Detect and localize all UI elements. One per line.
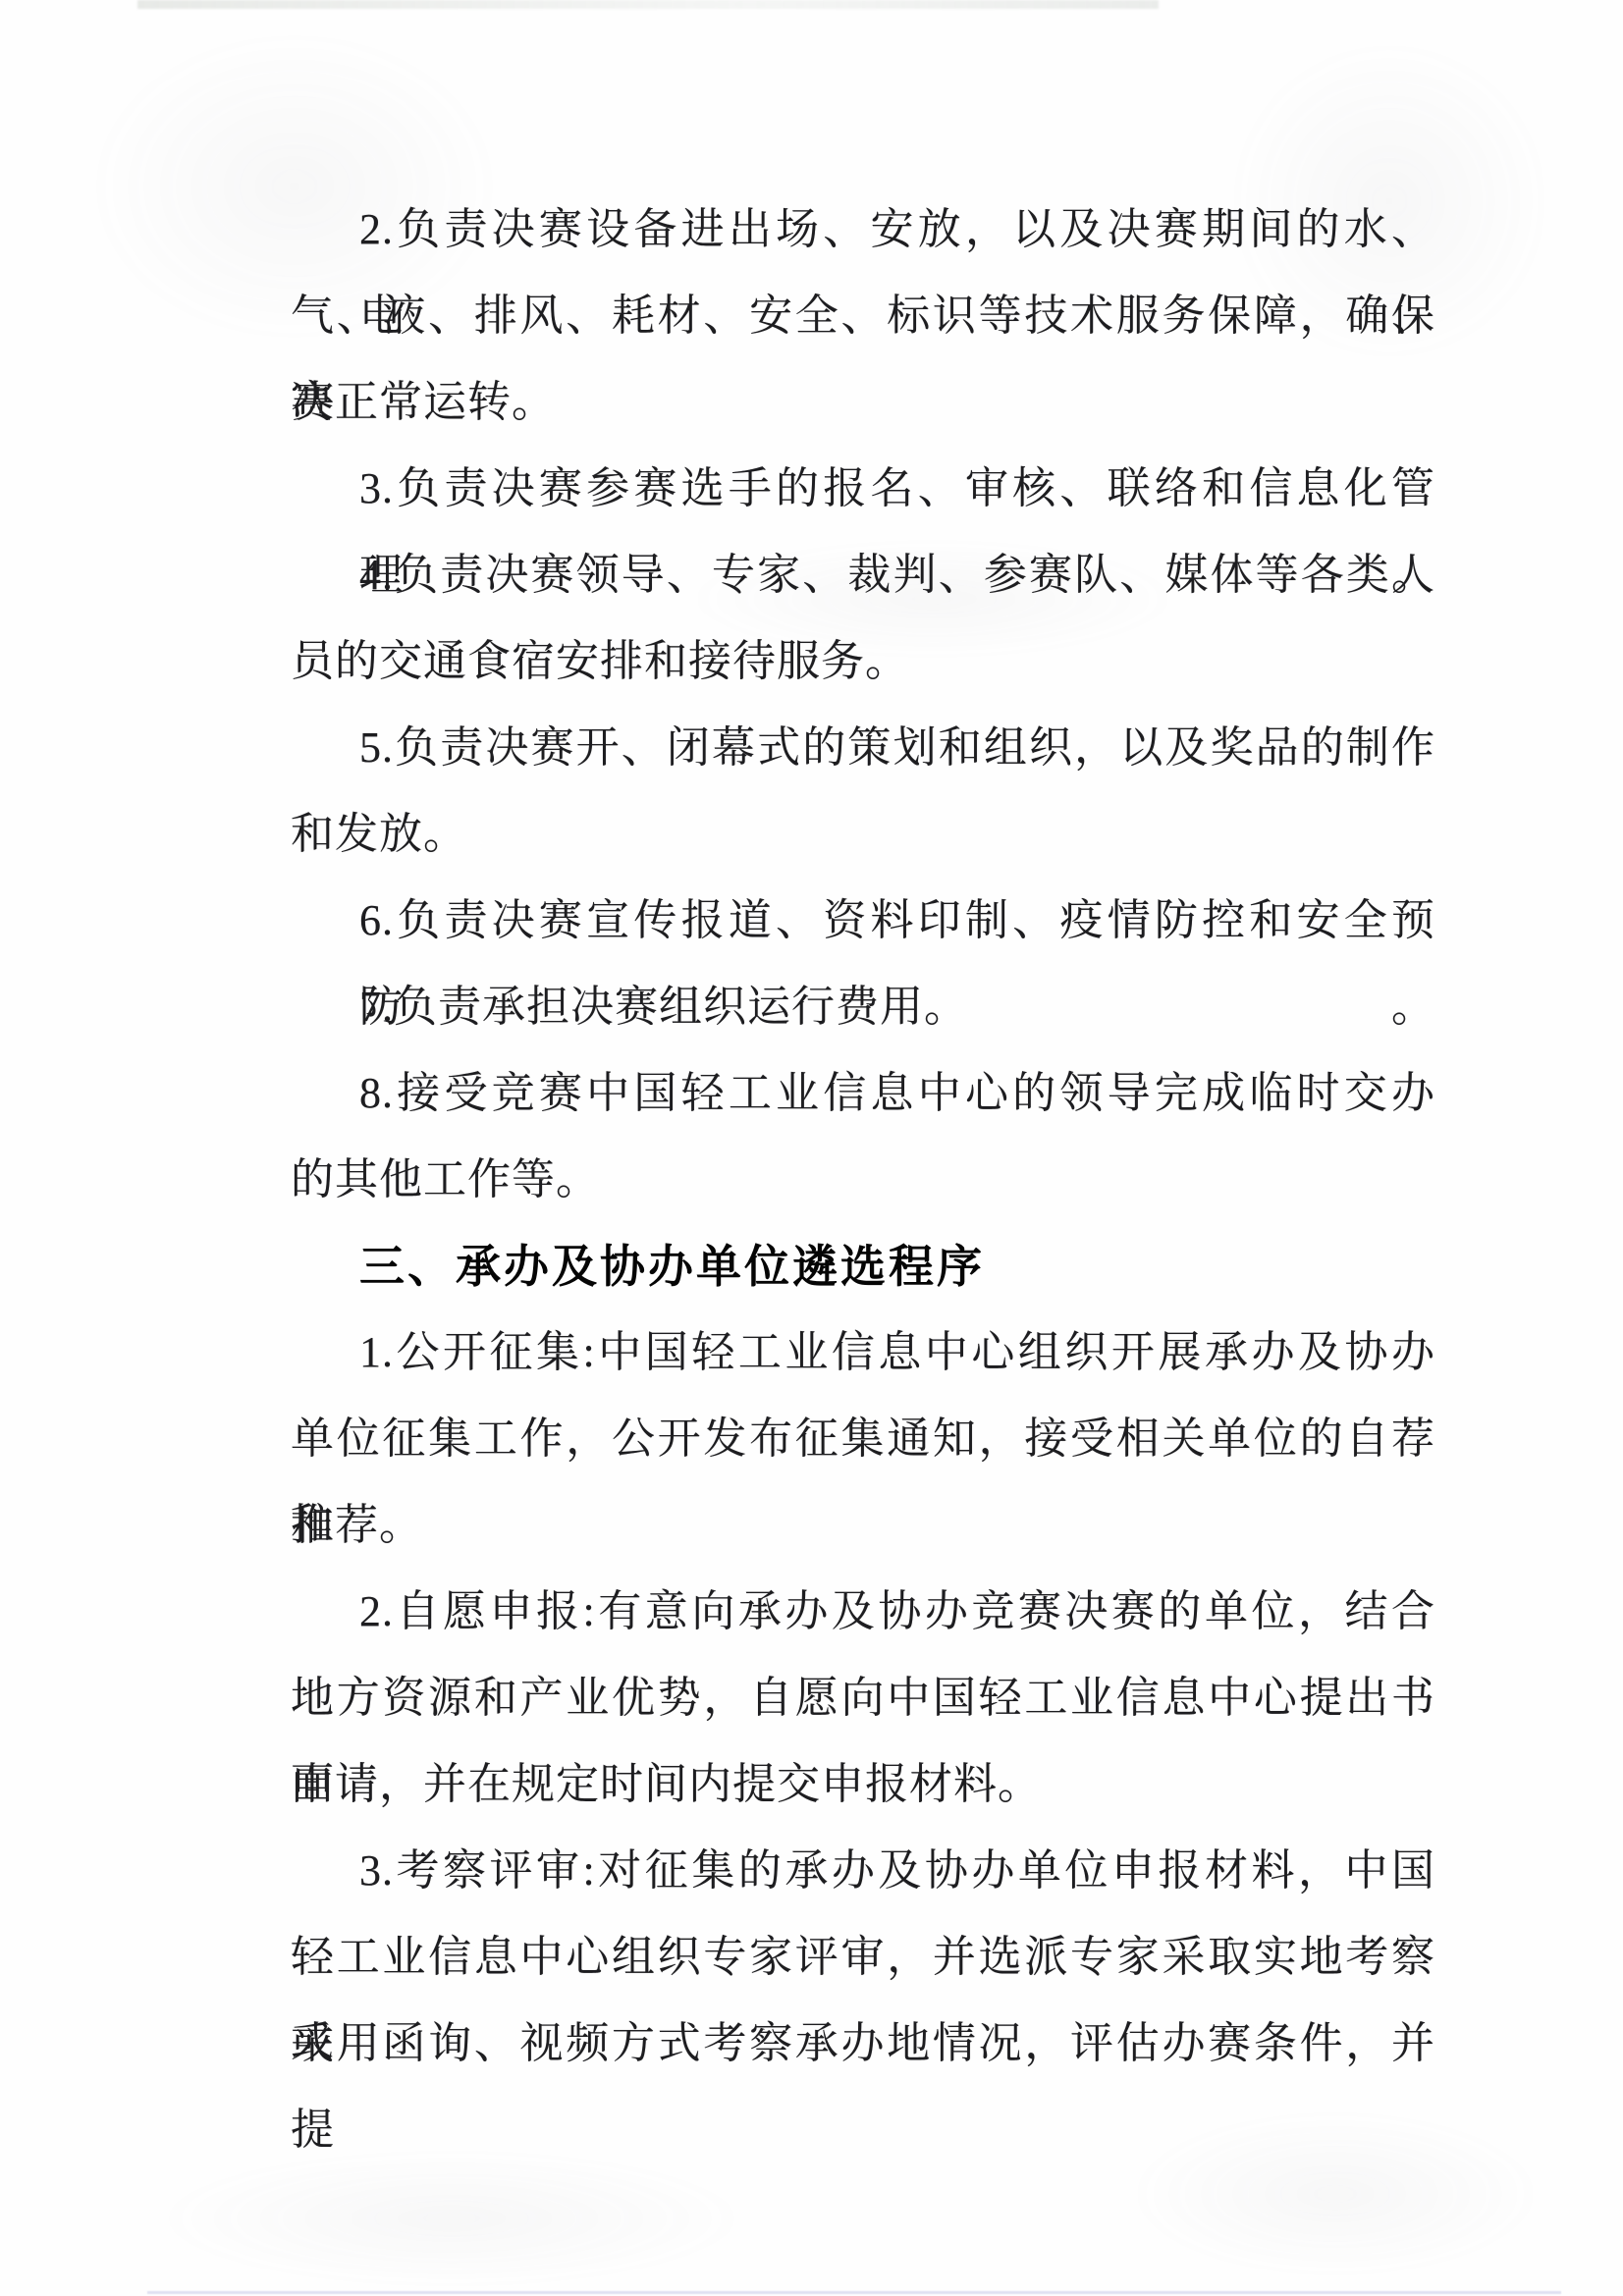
numbered-item-line: 4.负责决赛领导、专家、裁判、参赛队、媒体等各类人 — [291, 532, 1435, 618]
numbered-item-line: 8.接受竞赛中国轻工业信息中心的领导完成临时交办 — [291, 1050, 1435, 1137]
paragraph-line: 轻工业信息中心组织专家评审，并选派专家采取实地考察或 — [291, 1914, 1435, 2001]
paragraph-line: 赛正常运转。 — [291, 359, 1435, 446]
paragraph-line: 申请，并在规定时间内提交申报材料。 — [291, 1741, 1435, 1828]
numbered-item-line: 1.公开征集:中国轻工业信息中心组织开展承办及协办 — [291, 1309, 1435, 1396]
numbered-item-line: 2.负责决赛设备进出场、安放，以及决赛期间的水、电、 — [291, 187, 1435, 273]
numbered-item-line: 3.考察评审:对征集的承办及协办单位申报材料，中国 — [291, 1828, 1435, 1914]
document-page: 2.负责决赛设备进出场、安放，以及决赛期间的水、电、气、液、排风、耗材、安全、标… — [0, 0, 1623, 2296]
paragraph-line: 采用函询、视频方式考察承办地情况，评估办赛条件，并提 — [291, 2001, 1435, 2087]
scan-artifact-top-edge — [137, 0, 1159, 9]
numbered-item-line: 6.负责决赛宣传报道、资料印制、疫情防控和安全预防。 — [291, 878, 1435, 964]
paragraph-line: 推荐。 — [291, 1482, 1435, 1569]
paragraph-line: 单位征集工作，公开发布征集通知，接受相关单位的自荐和 — [291, 1396, 1435, 1482]
paragraph-line: 和发放。 — [291, 791, 1435, 878]
numbered-item-line: 2.自愿申报:有意向承办及协办竞赛决赛的单位，结合 — [291, 1569, 1435, 1655]
scan-artifact-bottom-edge — [147, 2291, 1561, 2294]
scan-smudge — [1129, 2110, 1542, 2277]
section-heading: 三、承办及协办单位遴选程序 — [291, 1223, 1435, 1309]
paragraph-line: 员的交通食宿安排和接待服务。 — [291, 618, 1435, 705]
paragraph-line: 气、液、排风、耗材、安全、标识等技术服务保障，确保决 — [291, 273, 1435, 359]
paragraph-line: 地方资源和产业优势，自愿向中国轻工业信息中心提出书面 — [291, 1655, 1435, 1741]
scan-smudge — [157, 2150, 746, 2287]
paragraph-line: 的其他工作等。 — [291, 1137, 1435, 1223]
numbered-item-line: 3.负责决赛参赛选手的报名、审核、联络和信息化管理。 — [291, 446, 1435, 532]
numbered-item-line: 5.负责决赛开、闭幕式的策划和组织，以及奖品的制作 — [291, 705, 1435, 791]
text-column: 2.负责决赛设备进出场、安放，以及决赛期间的水、电、气、液、排风、耗材、安全、标… — [291, 187, 1435, 2087]
